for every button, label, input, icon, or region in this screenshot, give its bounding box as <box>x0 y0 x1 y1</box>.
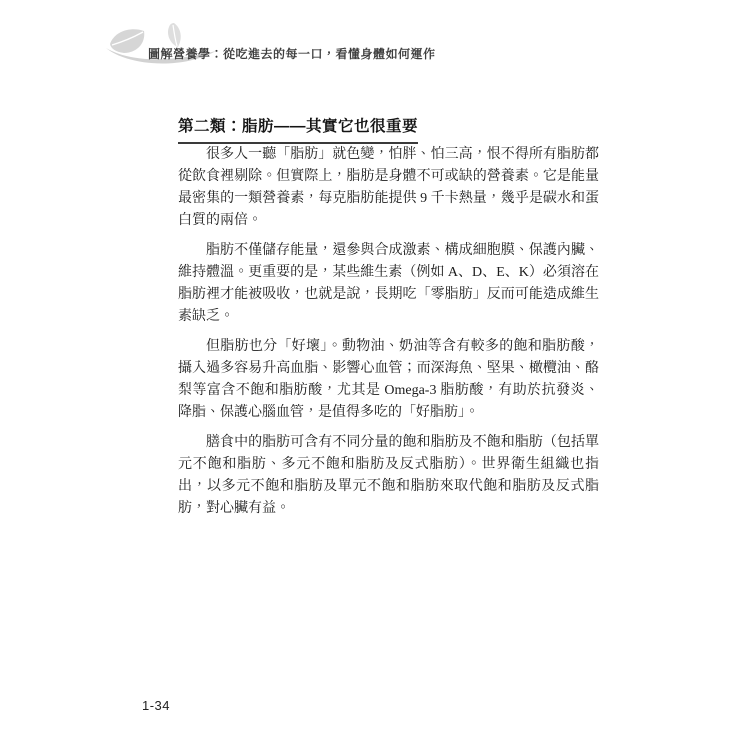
paragraph-4: 膳食中的脂肪可含有不同分量的飽和脂肪及不飽和脂肪（包括單元不飽和脂肪、多元不飽和… <box>178 432 599 520</box>
page-number: 1-34 <box>142 698 170 713</box>
paragraph-1: 很多人一聽「脂肪」就色變，怕胖、怕三高，恨不得所有脂肪都從飲食裡剔除。但實際上，… <box>178 144 599 232</box>
book-title: 圖解營養學：從吃進去的每一口，看懂身體如何運作 <box>148 45 436 62</box>
section-heading: 第二類：脂肪——其實它也很重要 <box>178 114 418 144</box>
paragraph-3: 但脂肪也分「好壞」。動物油、奶油等含有較多的飽和脂肪酸，攝入過多容易升高血脂、影… <box>178 336 599 424</box>
running-head: 圖解營養學：從吃進去的每一口，看懂身體如何運作 <box>100 16 520 66</box>
book-page: 圖解營養學：從吃進去的每一口，看懂身體如何運作 第二類：脂肪——其實它也很重要 … <box>0 0 750 750</box>
body-text: 很多人一聽「脂肪」就色變，怕胖、怕三高，恨不得所有脂肪都從飲食裡剔除。但實際上，… <box>178 144 599 528</box>
paragraph-2: 脂肪不僅儲存能量，還參與合成激素、構成細胞膜、保護內臟、維持體溫。更重要的是，某… <box>178 240 599 328</box>
